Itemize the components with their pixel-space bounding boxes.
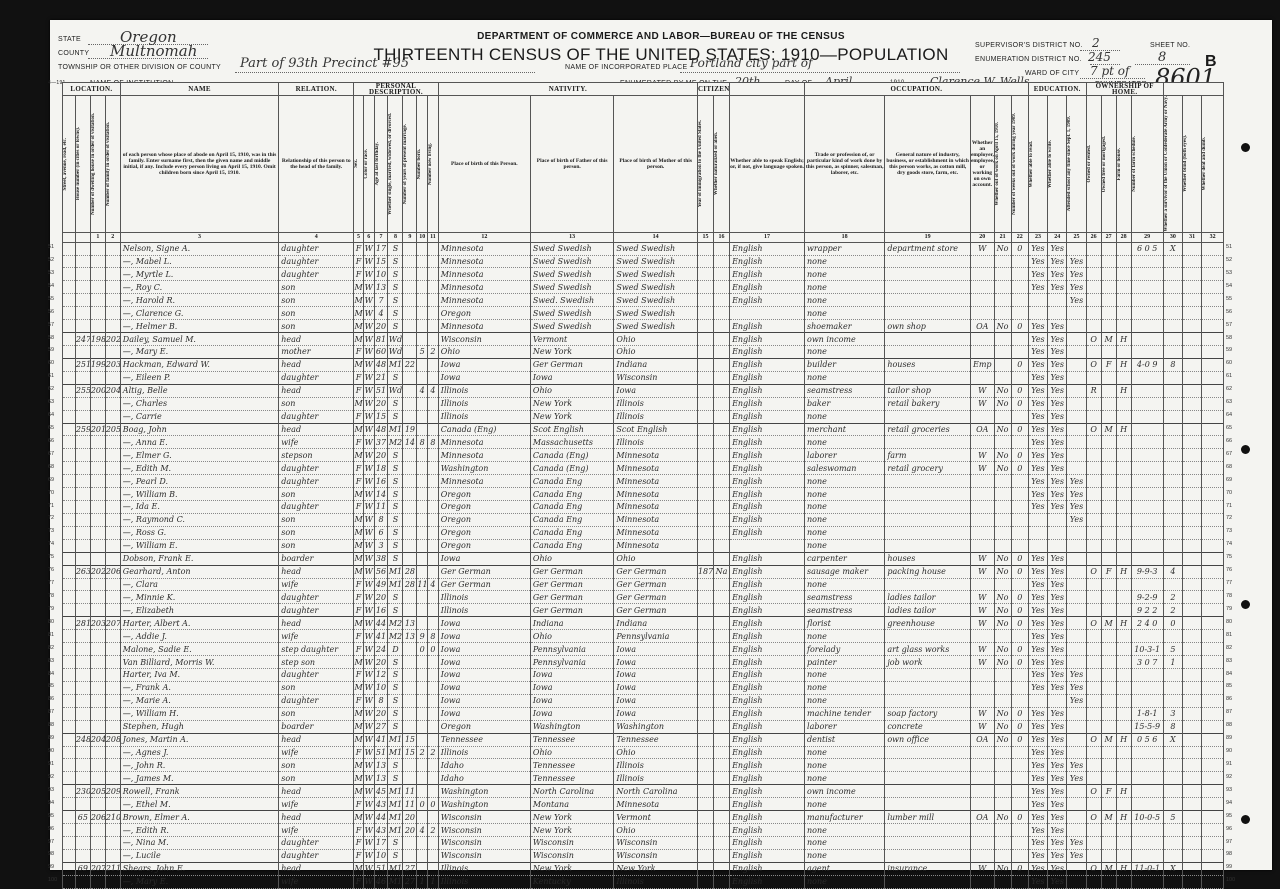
farm-house-cell [1116, 268, 1131, 281]
age-cell: 16 [374, 475, 388, 488]
house-number-cell: 247 [75, 333, 90, 346]
person-name-cell: —, Frank A. [120, 681, 278, 694]
can-read-cell: Yes [1028, 772, 1047, 785]
immigration-year-cell [697, 320, 713, 333]
school-cell [1067, 320, 1086, 333]
children-living-cell [428, 255, 439, 268]
years-married-cell [403, 526, 417, 539]
sheet-label: Sheet No. [1150, 42, 1190, 49]
street-cell [63, 849, 76, 862]
blind-cell [1183, 578, 1202, 591]
deaf-cell [1202, 630, 1224, 643]
can-read-cell [1028, 294, 1047, 307]
out-of-work-cell [994, 255, 1011, 268]
birthplace-person-cell: Canada (Eng) [438, 423, 530, 436]
owned-rented-cell [1086, 552, 1101, 565]
line-number: 90 [1226, 748, 1232, 754]
language-cell: English [730, 423, 805, 436]
veteran-cell [1163, 772, 1182, 785]
birthplace-mother-cell: Indiana [614, 358, 698, 371]
can-read-cell: Yes [1028, 268, 1047, 281]
blind-cell [1183, 333, 1202, 346]
relation-cell: son [279, 488, 354, 501]
birthplace-mother-cell: North Carolina [614, 785, 698, 798]
can-write-cell [1048, 294, 1067, 307]
naturalization-cell [714, 681, 730, 694]
family-number-cell [105, 539, 120, 552]
line-number: 56 [1226, 309, 1232, 315]
age-cell: 45 [374, 785, 388, 798]
years-married-cell [403, 837, 417, 850]
children-born-cell [417, 733, 428, 746]
header-children-born: Number born. [417, 96, 428, 233]
mortgage-cell [1101, 759, 1116, 772]
birthplace-father-cell: Swed Swedish [530, 307, 614, 320]
language-cell: English [730, 862, 805, 875]
birthplace-father-cell: Vermont [530, 333, 614, 346]
employer-status-cell [970, 281, 994, 294]
farm-schedule-cell [1131, 849, 1163, 862]
marital-status-cell: S [388, 255, 403, 268]
out-of-work-cell [994, 798, 1011, 811]
mortgage-cell [1101, 397, 1116, 410]
line-number: 73 [1226, 528, 1232, 534]
school-cell [1067, 643, 1086, 656]
years-married-cell: 22 [403, 358, 417, 371]
age-cell: 18 [374, 462, 388, 475]
trade-cell: none [805, 255, 885, 268]
column-number: 16 [714, 232, 730, 242]
can-read-cell: Yes [1028, 578, 1047, 591]
person-name-cell: —, William B. [120, 488, 278, 501]
farm-schedule-cell [1131, 462, 1163, 475]
trade-cell: none [805, 630, 885, 643]
marital-status-cell: M1 [388, 733, 403, 746]
race-cell: W [363, 475, 374, 488]
line-number: 54 [48, 283, 54, 289]
can-read-cell: Yes [1028, 720, 1047, 733]
out-of-work-cell: No [994, 397, 1011, 410]
house-number-cell [75, 746, 90, 759]
line-number: 85 [48, 683, 54, 689]
group-location: LOCATION. [63, 83, 121, 96]
years-married-cell [403, 591, 417, 604]
owned-rented-cell [1086, 746, 1101, 759]
naturalization-cell [714, 707, 730, 720]
children-living-cell [428, 371, 439, 384]
family-number-cell [105, 591, 120, 604]
can-read-cell: Yes [1028, 707, 1047, 720]
sex-cell: M [354, 565, 364, 578]
farm-schedule-cell [1131, 294, 1163, 307]
farm-schedule-cell [1131, 875, 1163, 888]
race-cell: W [363, 733, 374, 746]
blind-cell [1183, 255, 1202, 268]
sex-cell: F [354, 694, 364, 707]
line-number: 92 [1226, 774, 1232, 780]
children-born-cell [417, 811, 428, 824]
age-cell: 44 [374, 811, 388, 824]
sex-cell: F [354, 384, 364, 397]
census-row: Harter, Iva M.daughterFW12SIowaIowaIowaE… [63, 669, 1224, 682]
family-number-cell [105, 772, 120, 785]
language-cell: English [730, 875, 805, 888]
person-name-cell: Jones, Martin A. [120, 733, 278, 746]
deaf-cell [1202, 837, 1224, 850]
children-born-cell [417, 862, 428, 875]
relation-cell: step son [279, 656, 354, 669]
line-number: 84 [1226, 671, 1232, 677]
children-living-cell [428, 591, 439, 604]
trade-cell: none [805, 824, 885, 837]
census-row: —, Mary E.motherFW60Wd52OhioNew YorkOhio… [63, 345, 1224, 358]
years-married-cell [403, 255, 417, 268]
weeks-out-cell [1011, 294, 1028, 307]
street-cell [63, 449, 76, 462]
birthplace-person-cell: Oregon [438, 539, 530, 552]
farm-house-cell: H [1116, 617, 1131, 630]
census-row: —, CarriedaughterFW15SIllinoisNew YorkIl… [63, 410, 1224, 423]
marital-status-cell: S [388, 604, 403, 617]
line-number: 94 [48, 800, 54, 806]
census-row: —, William B.sonMW14SOregonCanada EngMin… [63, 488, 1224, 501]
birthplace-person-cell: Oregon [438, 501, 530, 514]
street-cell [63, 733, 76, 746]
children-living-cell [428, 862, 439, 875]
birthplace-mother-cell: Minnesota [614, 513, 698, 526]
language-cell: English [730, 449, 805, 462]
house-number-cell [75, 462, 90, 475]
line-number: 69 [1226, 477, 1232, 483]
blind-cell [1183, 462, 1202, 475]
trade-cell: builder [805, 358, 885, 371]
relation-cell: daughter [279, 410, 354, 423]
census-row: —, Clarence G.sonMW4SOregonSwed SwedishS… [63, 307, 1224, 320]
house-number-cell: 255 [75, 384, 90, 397]
house-number-cell [75, 539, 90, 552]
out-of-work-cell: No [994, 591, 1011, 604]
farm-house-cell [1116, 875, 1131, 888]
street-cell [63, 630, 76, 643]
deaf-cell [1202, 462, 1224, 475]
deaf-cell [1202, 436, 1224, 449]
language-cell: English [730, 281, 805, 294]
can-read-cell: Yes [1028, 371, 1047, 384]
mortgage-cell [1101, 294, 1116, 307]
farm-house-cell [1116, 746, 1131, 759]
birthplace-mother-cell: Illinois [614, 772, 698, 785]
age-cell: 24 [374, 643, 388, 656]
line-number: 75 [48, 554, 54, 560]
punch-hole [1241, 143, 1250, 152]
house-number-cell [75, 630, 90, 643]
can-read-cell: Yes [1028, 824, 1047, 837]
out-of-work-cell [994, 669, 1011, 682]
school-cell [1067, 397, 1086, 410]
years-married-cell [403, 294, 417, 307]
immigration-year-cell [697, 371, 713, 384]
person-name-cell: —, Eileen P. [120, 371, 278, 384]
street-cell [63, 242, 76, 255]
children-living-cell [428, 449, 439, 462]
line-number: 53 [48, 270, 54, 276]
school-cell: Yes [1067, 694, 1086, 707]
can-read-cell [1028, 526, 1047, 539]
years-married-cell [403, 720, 417, 733]
school-cell [1067, 242, 1086, 255]
can-write-cell: Yes [1048, 449, 1067, 462]
industry-cell: retail grocery [885, 462, 971, 475]
farm-house-cell [1116, 281, 1131, 294]
naturalization-cell [714, 501, 730, 514]
birthplace-person-cell: Ohio [438, 345, 530, 358]
weeks-out-cell: 0 [1011, 707, 1028, 720]
mortgage-cell [1101, 462, 1116, 475]
immigration-year-cell [697, 488, 713, 501]
birthplace-person-cell: Wisconsin [438, 811, 530, 824]
birthplace-mother-cell: Iowa [614, 643, 698, 656]
birthplace-person-cell: Iowa [438, 371, 530, 384]
house-number-cell [75, 345, 90, 358]
line-number: 79 [48, 606, 54, 612]
sex-cell: M [354, 733, 364, 746]
naturalization-cell [714, 345, 730, 358]
industry-cell: own shop [885, 320, 971, 333]
street-cell [63, 358, 76, 371]
out-of-work-cell [994, 294, 1011, 307]
dwelling-number-cell [90, 604, 105, 617]
naturalization-cell [714, 643, 730, 656]
can-read-cell: Yes [1028, 811, 1047, 824]
employer-status-cell [970, 255, 994, 268]
trade-cell: agent [805, 862, 885, 875]
department-heading: DEPARTMENT OF COMMERCE AND LABOR—BUREAU … [50, 31, 1272, 42]
marital-status-cell: M2 [388, 617, 403, 630]
line-number: 88 [48, 722, 54, 728]
sex-cell: M [354, 811, 364, 824]
race-cell: W [363, 824, 374, 837]
blind-cell [1183, 772, 1202, 785]
dwelling-number-cell [90, 281, 105, 294]
immigration-year-cell [697, 591, 713, 604]
trade-cell: sausage maker [805, 565, 885, 578]
language-cell: English [730, 772, 805, 785]
census-row: Van Billiard, Morris W.step sonMW20SIowa… [63, 656, 1224, 669]
can-write-cell: Yes [1048, 371, 1067, 384]
can-read-cell: Yes [1028, 785, 1047, 798]
children-born-cell [417, 488, 428, 501]
relation-cell: wife [279, 824, 354, 837]
blind-cell [1183, 824, 1202, 837]
person-name-cell: —, Raymond C. [120, 513, 278, 526]
naturalization-cell [714, 333, 730, 346]
mortgage-cell [1101, 449, 1116, 462]
supervisor-district-label: Supervisor's District No. [975, 42, 1083, 49]
birthplace-father-cell: Canada (Eng) [530, 462, 614, 475]
employer-status-cell [970, 294, 994, 307]
column-number: 27 [1101, 232, 1116, 242]
house-number-cell [75, 320, 90, 333]
years-married-cell [403, 320, 417, 333]
census-row: —, ClarawifeFW49M128114Ger GermanGer Ger… [63, 578, 1224, 591]
trade-cell: none [805, 475, 885, 488]
house-number-cell: 251 [75, 358, 90, 371]
years-married-cell [403, 501, 417, 514]
deaf-cell [1202, 565, 1224, 578]
veteran-cell [1163, 307, 1182, 320]
can-read-cell: Yes [1028, 604, 1047, 617]
naturalization-cell [714, 785, 730, 798]
deaf-cell [1202, 345, 1224, 358]
immigration-year-cell [697, 759, 713, 772]
family-number-cell: 204 [105, 384, 120, 397]
industry-cell: retail groceries [885, 423, 971, 436]
age-cell: 10 [374, 849, 388, 862]
naturalization-cell [714, 824, 730, 837]
column-number: 10 [417, 232, 428, 242]
line-number: 64 [48, 412, 54, 418]
race-cell: W [363, 320, 374, 333]
trade-cell: merchant [805, 423, 885, 436]
dwelling-number-cell [90, 552, 105, 565]
dwelling-number-cell [90, 397, 105, 410]
punch-hole [1241, 600, 1250, 609]
industry-cell: job work [885, 656, 971, 669]
line-number: 76 [48, 567, 54, 573]
census-row: —, Addie J.wifeFW41M21398IowaOhioPennsyl… [63, 630, 1224, 643]
owned-rented-cell [1086, 268, 1101, 281]
children-born-cell [417, 320, 428, 333]
family-number-cell: 205 [105, 423, 120, 436]
immigration-year-cell [697, 501, 713, 514]
line-number: 65 [48, 425, 54, 431]
sex-cell: F [354, 475, 364, 488]
deaf-cell [1202, 410, 1224, 423]
marital-status-cell: M1 [388, 824, 403, 837]
weeks-out-cell [1011, 824, 1028, 837]
deaf-cell [1202, 759, 1224, 772]
farm-schedule-cell: 2 4 0 [1131, 617, 1163, 630]
naturalization-cell [714, 875, 730, 888]
column-number: 13 [530, 232, 614, 242]
owned-rented-cell [1086, 837, 1101, 850]
veteran-cell [1163, 681, 1182, 694]
can-read-cell: Yes [1028, 423, 1047, 436]
weeks-out-cell: 0 [1011, 397, 1028, 410]
children-born-cell: 4 [417, 384, 428, 397]
industry-cell [885, 281, 971, 294]
header-write: Whether able to write. [1048, 96, 1067, 233]
marital-status-cell: M2 [388, 630, 403, 643]
out-of-work-cell [994, 785, 1011, 798]
weeks-out-cell [1011, 255, 1028, 268]
weeks-out-cell: 0 [1011, 384, 1028, 397]
dwelling-number-cell [90, 875, 105, 888]
trade-cell: none [805, 488, 885, 501]
school-cell: Yes [1067, 488, 1086, 501]
line-number: 92 [48, 774, 54, 780]
dwelling-number-cell [90, 849, 105, 862]
veteran-cell: 0 [1163, 617, 1182, 630]
weeks-out-cell: 0 [1011, 604, 1028, 617]
can-write-cell: Yes [1048, 837, 1067, 850]
marital-status-cell: M2 [388, 436, 403, 449]
dwelling-number-cell [90, 720, 105, 733]
age-cell: 20 [374, 591, 388, 604]
owned-rented-cell [1086, 320, 1101, 333]
birthplace-father-cell: Swed Swedish [530, 242, 614, 255]
column-number: 11 [428, 232, 439, 242]
farm-house-cell [1116, 798, 1131, 811]
language-cell: English [730, 513, 805, 526]
birthplace-mother-cell: Vermont [614, 811, 698, 824]
owned-rented-cell: O [1086, 423, 1101, 436]
farm-house-cell [1116, 255, 1131, 268]
group-language [730, 83, 805, 96]
dwelling-number-cell [90, 513, 105, 526]
school-cell: Yes [1067, 501, 1086, 514]
farm-house-cell: H [1116, 333, 1131, 346]
dwelling-number-cell [90, 656, 105, 669]
mortgage-cell [1101, 281, 1116, 294]
language-cell: English [730, 371, 805, 384]
children-living-cell [428, 513, 439, 526]
relation-cell: step daughter [279, 643, 354, 656]
employer-status-cell [970, 746, 994, 759]
census-row: —, William E.sonMW3SOregonCanada EngMinn… [63, 539, 1224, 552]
census-row: —, Agnes J.wifeFW51M11522IllinoisOhioOhi… [63, 746, 1224, 759]
birthplace-mother-cell: Iowa [614, 656, 698, 669]
age-cell: 15 [374, 410, 388, 423]
language-cell: English [730, 268, 805, 281]
family-number-cell [105, 656, 120, 669]
children-born-cell [417, 591, 428, 604]
industry-cell: farm [885, 449, 971, 462]
farm-schedule-cell [1131, 669, 1163, 682]
census-row: —, John R.sonMW13SIdahoTennesseeIllinois… [63, 759, 1224, 772]
marital-status-cell: D [388, 643, 403, 656]
children-living-cell [428, 462, 439, 475]
sex-cell: F [354, 578, 364, 591]
can-write-cell [1048, 307, 1067, 320]
can-read-cell: Yes [1028, 358, 1047, 371]
birthplace-person-cell: Iowa [438, 552, 530, 565]
blind-cell [1183, 526, 1202, 539]
out-of-work-cell [994, 475, 1011, 488]
line-number: 96 [1226, 826, 1232, 832]
group-name: NAME [120, 83, 278, 96]
owned-rented-cell: R [1086, 384, 1101, 397]
dwelling-number-cell: 202 [90, 565, 105, 578]
header-schedule: Number of farm schedule. [1131, 96, 1163, 233]
line-number: 86 [1226, 696, 1232, 702]
relation-cell: mother [279, 345, 354, 358]
family-number-cell [105, 307, 120, 320]
line-number: 80 [48, 619, 54, 625]
column-number: 23 [1028, 232, 1047, 242]
can-write-cell: Yes [1048, 785, 1067, 798]
race-cell: W [363, 526, 374, 539]
mortgage-cell [1101, 746, 1116, 759]
person-name-cell: Shears, John E. [120, 862, 278, 875]
sex-cell: M [354, 759, 364, 772]
sex-cell: F [354, 824, 364, 837]
group-occupation: OCCUPATION. [805, 83, 1029, 96]
children-born-cell: 11 [417, 578, 428, 591]
birthplace-person-cell: Iowa [438, 707, 530, 720]
birthplace-person-cell: Minnesota [438, 436, 530, 449]
employer-status-cell: W [970, 720, 994, 733]
